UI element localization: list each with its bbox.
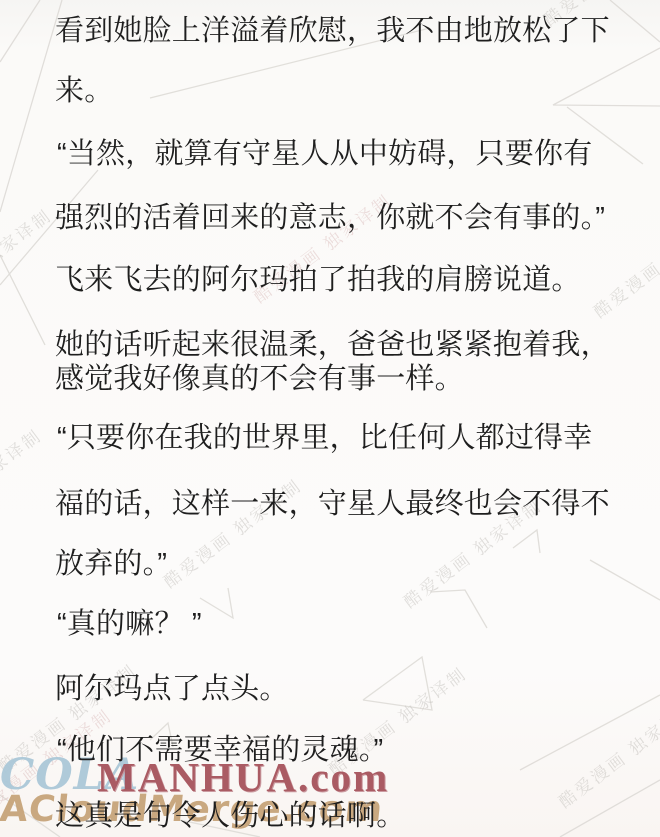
novel-line-2: 来。	[55, 76, 113, 107]
novel-line-14: 这真是句令人伤心的话啊。	[55, 801, 405, 832]
novel-line-12: 阿尔玛点了点头。	[55, 674, 289, 705]
novel-line-3: “当然，就算有守星人从中妨碍，只要你有	[57, 139, 592, 170]
novel-line-5: 飞来飞去的阿尔玛拍了拍我的肩膀说道。	[55, 265, 581, 296]
novel-line-9: 福的话，这样一来，守星人最终也会不得不	[55, 489, 610, 520]
diagonal-watermark: 酷爱漫画 独家译制	[0, 202, 56, 323]
novel-line-13: “他们不需要幸福的灵魂。”	[57, 735, 383, 766]
novel-line-1: 看到她脸上洋溢着欣慰，我不由地放松了下	[55, 16, 610, 47]
diagonal-watermark: 酷爱漫画 独家译制	[0, 422, 46, 543]
novel-line-8: “只要你在我的世界里，比任何人都过得幸	[57, 423, 592, 454]
diagonal-watermark: 酷爱漫画 独家译制	[552, 692, 660, 813]
novel-line-11: “真的嘛？ ”	[57, 609, 202, 640]
novel-line-6: 她的话听起来很温柔，爸爸也紧紧抱着我，	[55, 330, 610, 361]
novel-line-10: 放弃的。”	[55, 549, 167, 580]
novel-line-4: 强烈的活着回来的意志，你就不会有事的。”	[55, 203, 605, 234]
novel-text-page: 酷爱漫画 独家译制 酷爱漫画 独家译制 酷爱漫画 独家译制 酷爱漫画 独家译制 …	[0, 0, 660, 837]
watermark-line-shapes	[0, 0, 660, 837]
novel-line-7: 感觉我好像真的不会有事一样。	[55, 364, 464, 395]
